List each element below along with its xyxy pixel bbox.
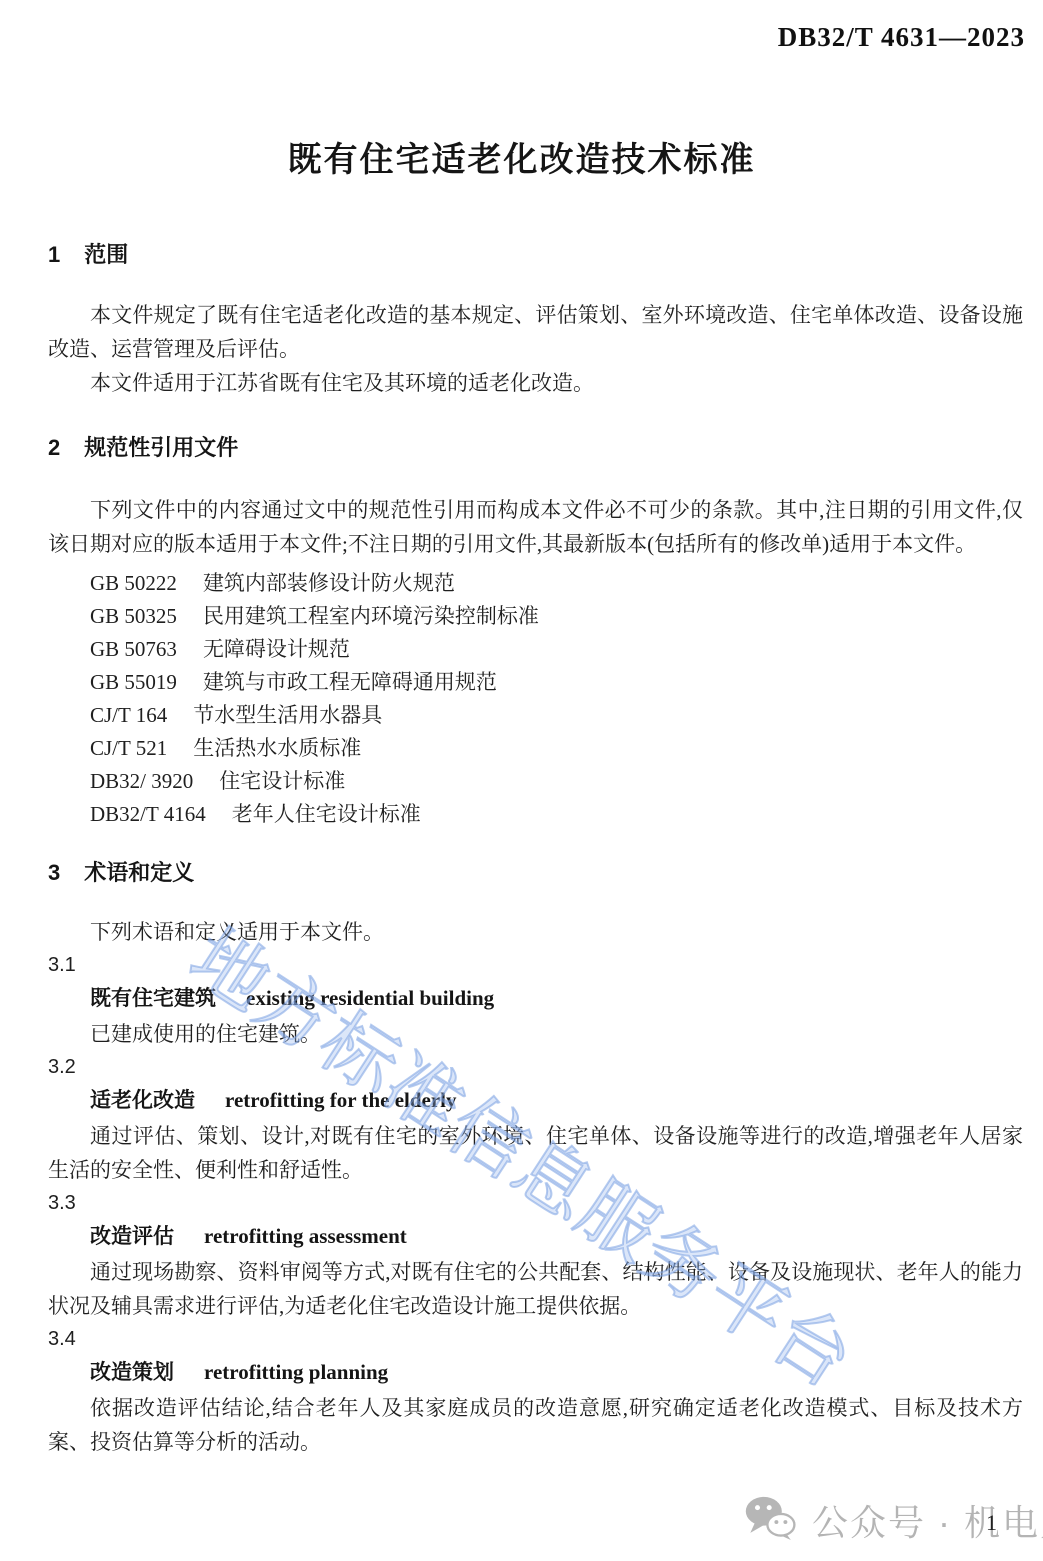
term-en: existing residential building bbox=[246, 986, 494, 1010]
reference-item: CJ/T 164节水型生活用水器具 bbox=[48, 699, 1023, 732]
reference-item: GB 55019建筑与市政工程无障碍通用规范 bbox=[48, 666, 1023, 699]
section-1-heading: 1范围 bbox=[48, 240, 1023, 270]
term-number: 3.3 bbox=[48, 1190, 1023, 1216]
term-en: retrofitting planning bbox=[204, 1360, 388, 1384]
document-title: 既有住宅适老化改造技术标准 bbox=[0, 132, 1043, 181]
reference-code: CJ/T 164 bbox=[90, 703, 167, 727]
wechat-icon bbox=[744, 1494, 798, 1547]
term-en: retrofitting for the elderly bbox=[225, 1088, 457, 1112]
reference-title: 生活热水水质标准 bbox=[193, 736, 361, 760]
term-number: 3.4 bbox=[48, 1326, 1023, 1352]
term-zh: 既有住宅建筑 bbox=[90, 987, 216, 1010]
section-2-heading: 2规范性引用文件 bbox=[48, 433, 1023, 463]
section-title: 术语和定义 bbox=[84, 860, 194, 885]
term-zh: 改造策划 bbox=[90, 1361, 174, 1384]
reference-title: 民用建筑工程室内环境污染控制标准 bbox=[203, 604, 539, 628]
reference-item: GB 50763无障碍设计规范 bbox=[48, 633, 1023, 666]
section-number: 2 bbox=[48, 435, 60, 460]
term-definition: 通过现场勘察、资料审阅等方式,对既有住宅的公共配套、结构性能、设备及设施现状、老… bbox=[48, 1255, 1023, 1323]
term-en: retrofitting assessment bbox=[204, 1224, 407, 1248]
section-title: 规范性引用文件 bbox=[84, 435, 238, 460]
reference-code: DB32/ 3920 bbox=[90, 769, 193, 793]
reference-item: GB 50222建筑内部装修设计防火规范 bbox=[48, 567, 1023, 600]
reference-title: 节水型生活用水器具 bbox=[193, 703, 382, 727]
term-heading: 适老化改造retrofitting for the elderly bbox=[48, 1085, 1023, 1116]
section-1-paragraph-2: 本文件适用于江苏省既有住宅及其环境的适老化改造。 bbox=[48, 366, 1023, 400]
section-3-heading: 3术语和定义 bbox=[48, 858, 1023, 888]
term-heading: 改造评估retrofitting assessment bbox=[48, 1221, 1023, 1252]
document-body: 1范围 本文件规定了既有住宅适老化改造的基本规定、评估策划、室外环境改造、住宅单… bbox=[48, 240, 1023, 1459]
term-number: 3.1 bbox=[48, 952, 1023, 978]
reference-code: DB32/T 4164 bbox=[90, 802, 206, 826]
reference-item: GB 50325民用建筑工程室内环境污染控制标准 bbox=[48, 600, 1023, 633]
reference-title: 无障碍设计规范 bbox=[203, 637, 350, 661]
section-1-paragraph-1: 本文件规定了既有住宅适老化改造的基本规定、评估策划、室外环境改造、住宅单体改造、… bbox=[48, 298, 1023, 366]
reference-title: 建筑内部装修设计防火规范 bbox=[203, 571, 455, 595]
reference-item: CJ/T 521生活热水水质标准 bbox=[48, 732, 1023, 765]
reference-code: GB 55019 bbox=[90, 670, 177, 694]
standard-code: DB32/T 4631—2023 bbox=[778, 22, 1025, 53]
reference-code: GB 50325 bbox=[90, 604, 177, 628]
term-zh: 改造评估 bbox=[90, 1225, 174, 1248]
reference-title: 住宅设计标准 bbox=[219, 769, 345, 793]
section-number: 3 bbox=[48, 860, 60, 885]
reference-title: 建筑与市政工程无障碍通用规范 bbox=[203, 670, 497, 694]
section-title: 范围 bbox=[84, 242, 128, 267]
reference-title: 老年人住宅设计标准 bbox=[232, 802, 421, 826]
reference-item: DB32/ 3920住宅设计标准 bbox=[48, 765, 1023, 798]
reference-code: GB 50222 bbox=[90, 571, 177, 595]
term-heading: 既有住宅建筑existing residential building bbox=[48, 983, 1023, 1014]
footer-watermark: 公众号 · 机电人脉 bbox=[744, 1494, 1043, 1547]
term-number: 3.2 bbox=[48, 1054, 1023, 1080]
reference-code: CJ/T 521 bbox=[90, 736, 167, 760]
reference-item: DB32/T 4164老年人住宅设计标准 bbox=[48, 798, 1023, 831]
term-definition: 已建成使用的住宅建筑。 bbox=[48, 1017, 1023, 1051]
document-page: DB32/T 4631—2023 既有住宅适老化改造技术标准 地方标准信息服务平… bbox=[0, 0, 1043, 1561]
section-2-paragraph-1: 下列文件中的内容通过文中的规范性引用而构成本文件必不可少的条款。其中,注日期的引… bbox=[48, 493, 1023, 561]
section-number: 1 bbox=[48, 242, 60, 267]
term-zh: 适老化改造 bbox=[90, 1089, 195, 1112]
normative-references-list: GB 50222建筑内部装修设计防火规范 GB 50325民用建筑工程室内环境污… bbox=[48, 567, 1023, 831]
term-definition: 通过评估、策划、设计,对既有住宅的室外环境、住宅单体、设备设施等进行的改造,增强… bbox=[48, 1119, 1023, 1187]
reference-code: GB 50763 bbox=[90, 637, 177, 661]
term-heading: 改造策划retrofitting planning bbox=[48, 1357, 1023, 1388]
page-number: 1 bbox=[986, 1510, 997, 1536]
term-definition: 依据改造评估结论,结合老年人及其家庭成员的改造意愿,研究确定适老化改造模式、目标… bbox=[48, 1391, 1023, 1459]
section-3-intro: 下列术语和定义适用于本文件。 bbox=[48, 915, 1023, 949]
footer-label: 公众号 · 机电人脉 bbox=[812, 1495, 1043, 1546]
